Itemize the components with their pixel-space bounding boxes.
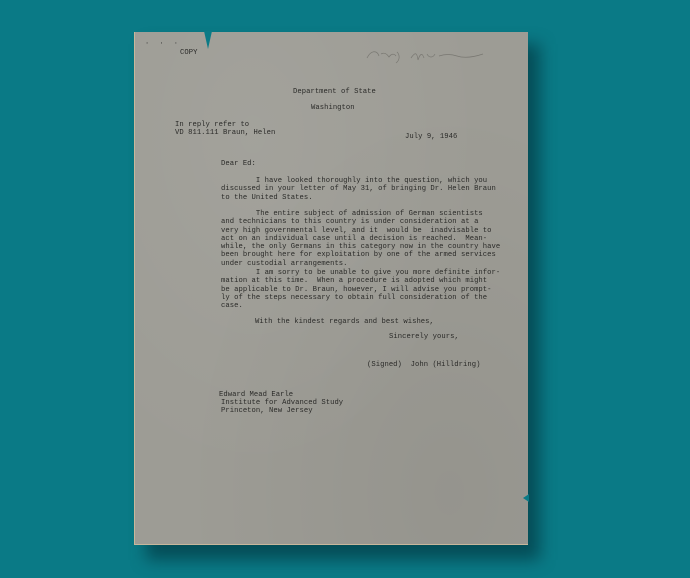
punch-marks: · · · <box>145 40 181 48</box>
letterhead-department: Department of State <box>293 88 376 96</box>
recipient-location: Princeton, New Jersey <box>221 407 313 415</box>
letter-date: July 9, 1946 <box>405 133 457 141</box>
handwritten-annotation <box>363 46 493 66</box>
complimentary-close: Sincerely yours, <box>389 333 459 341</box>
paragraph-3: I am sorry to be unable to give you more… <box>221 269 500 310</box>
closing-wish: With the kindest regards and best wishes… <box>255 318 434 326</box>
torn-notch <box>204 31 212 49</box>
torn-notch-right <box>523 494 529 502</box>
letterhead-city: Washington <box>311 104 355 112</box>
copy-label: COPY <box>180 49 197 57</box>
salutation: Dear Ed: <box>221 160 256 168</box>
signature: (Signed) John (Hilldring) <box>367 361 480 369</box>
reference-number: VD 811.111 Braun, Helen <box>175 129 275 137</box>
paragraph-2: The entire subject of admission of Germa… <box>221 210 500 268</box>
paragraph-1: I have looked thoroughly into the questi… <box>221 177 496 202</box>
letter-page: · · · COPY Department of State Washingto… <box>134 32 528 545</box>
